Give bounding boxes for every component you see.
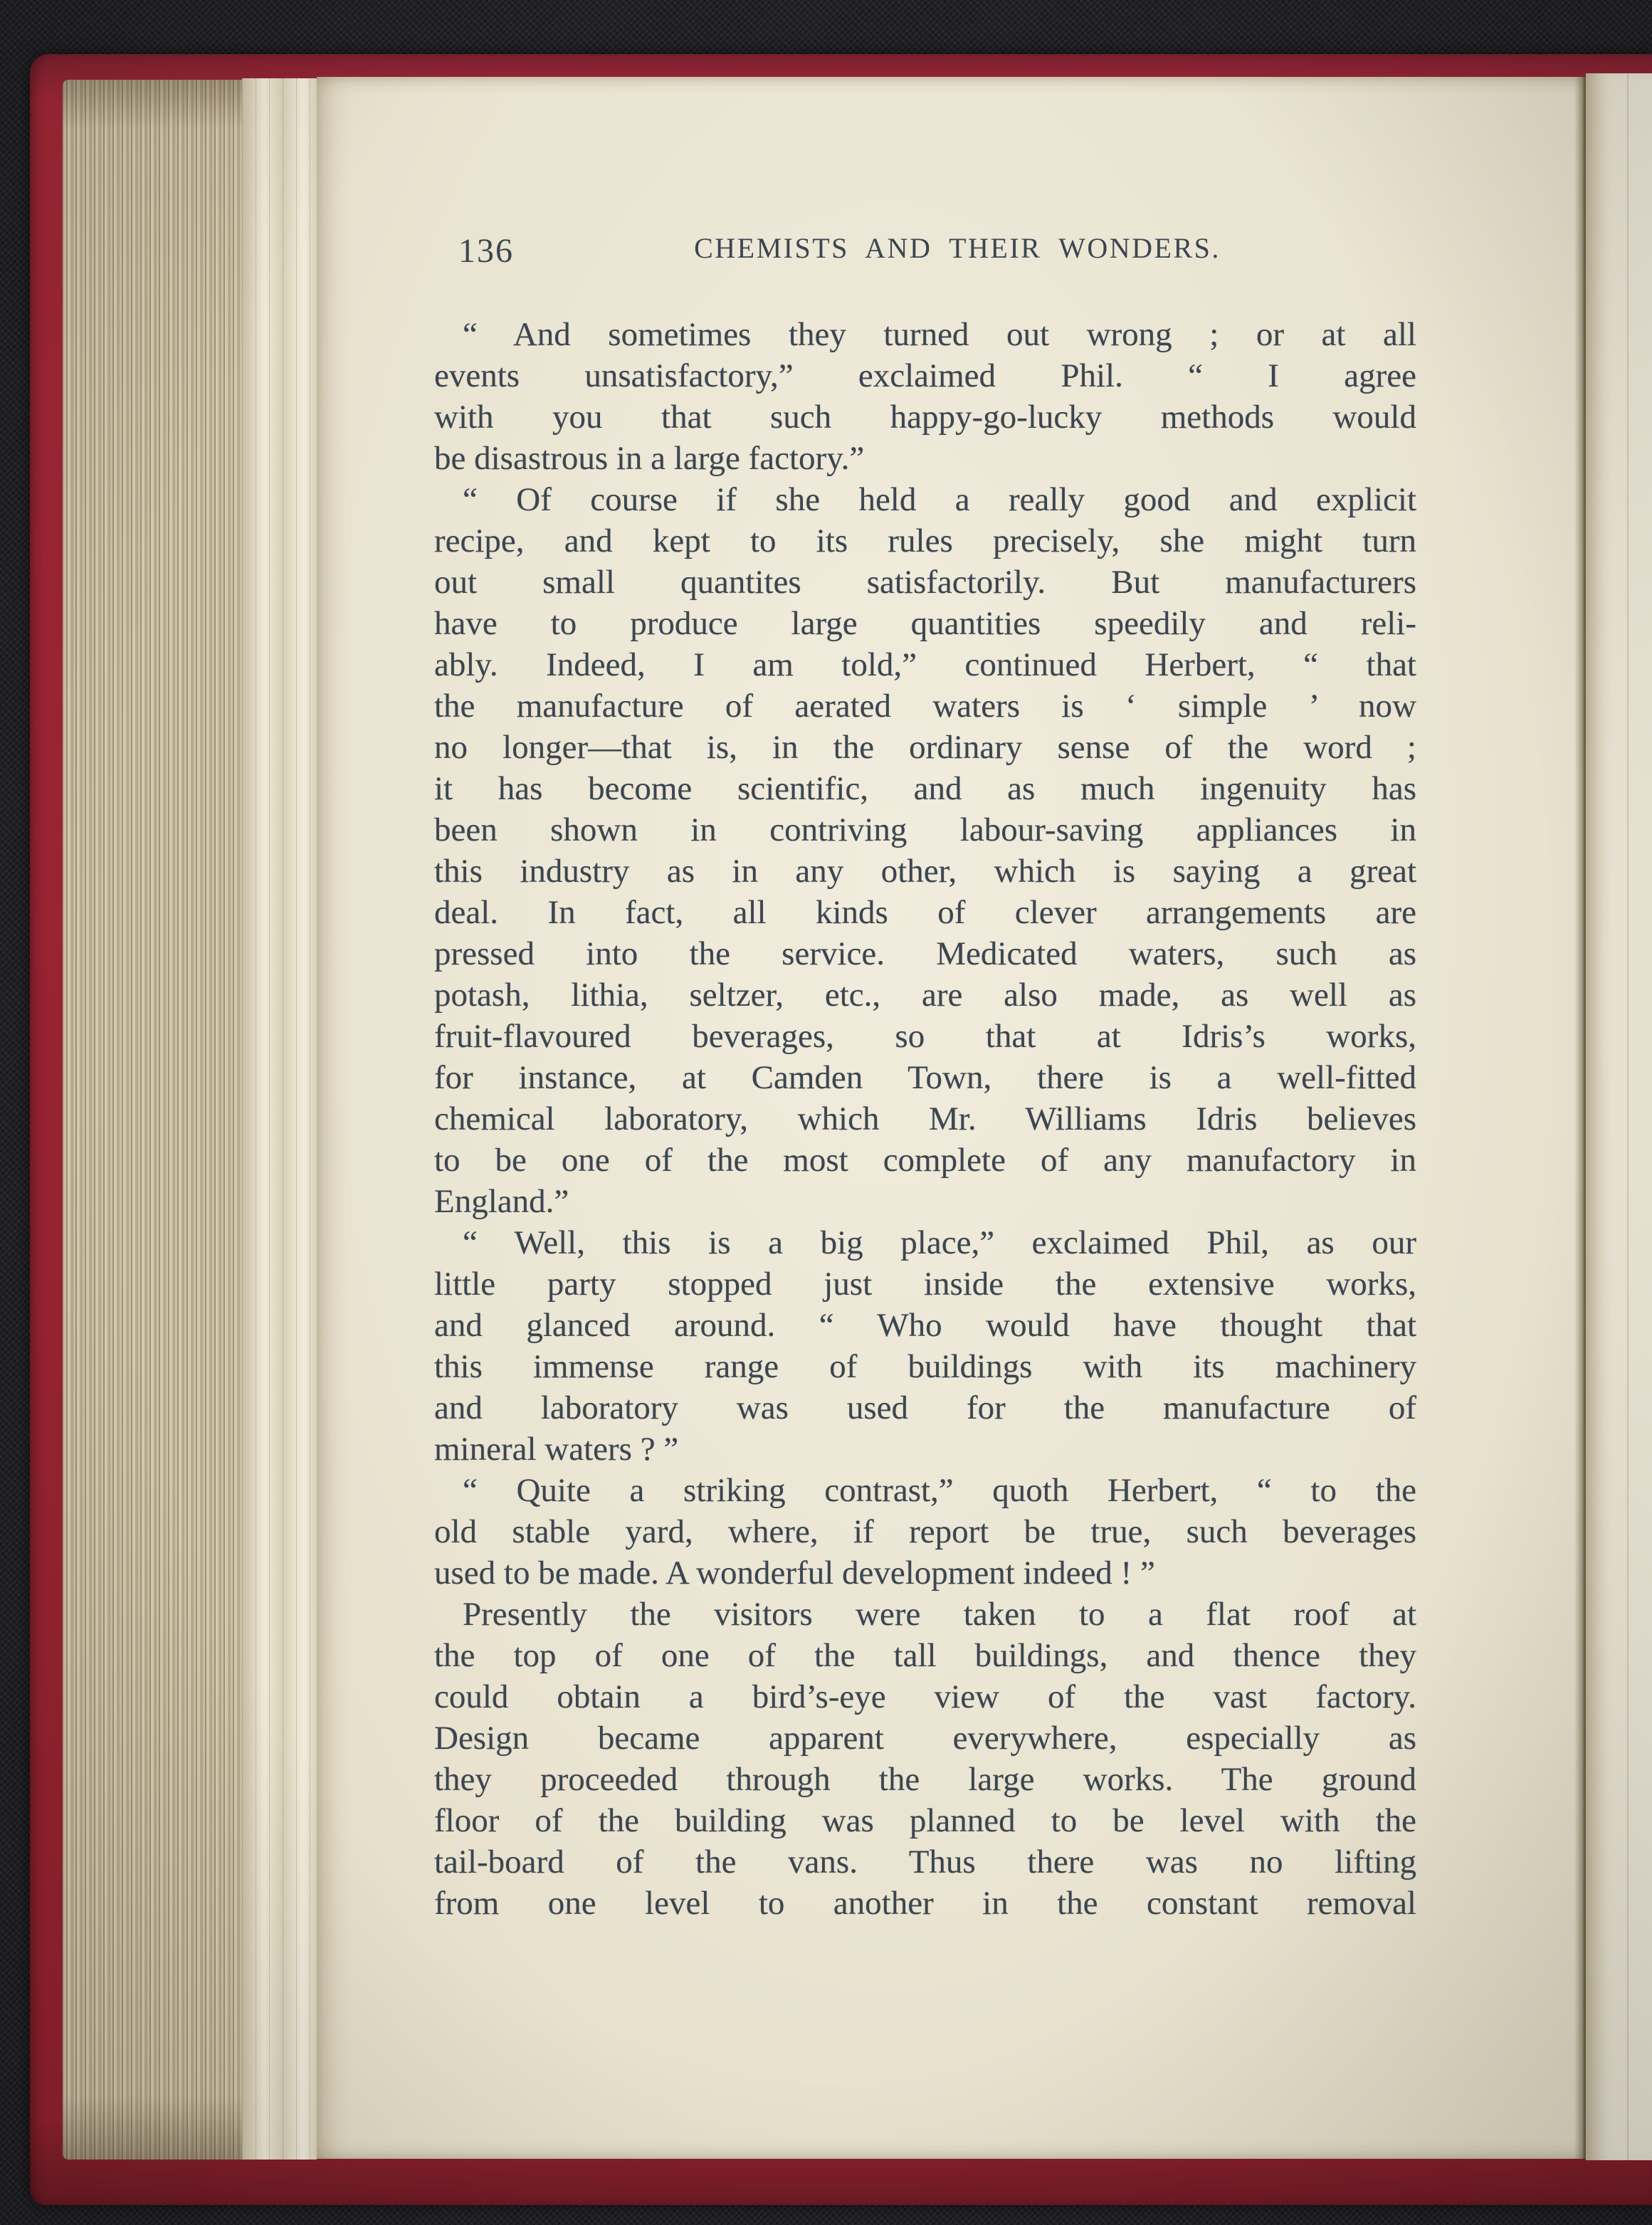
text-line: be disastrous in a large factory.” [434,438,1416,479]
text-line: “ And sometimes they turned out wrong ; … [434,314,1416,355]
text-line: fruit-flavoured beverages, so that at Id… [434,1016,1416,1057]
page-text-column: 136 CHEMISTS AND THEIR WONDERS. “ And so… [434,231,1416,1924]
text-line: have to produce large quantities speedil… [434,603,1416,644]
paragraph: “ Well, this is a big place,” exclaimed … [434,1222,1416,1470]
text-line: pressed into the service. Medicated wate… [434,933,1416,974]
text-line: chemical laboratory, which Mr. Williams … [434,1098,1416,1140]
book-page: 136 CHEMISTS AND THEIR WONDERS. “ And so… [317,77,1586,2159]
text-line: this immense range of buildings with its… [434,1346,1416,1387]
text-line: out small quantites satisfactorily. But … [434,562,1416,603]
text-line: for instance, at Camden Town, there is a… [434,1057,1416,1098]
text-line: to be one of the most complete of any ma… [434,1140,1416,1181]
text-line: no longer—that is, in the ordinary sense… [434,727,1416,768]
text-line: “ Quite a striking contrast,” quoth Herb… [434,1470,1416,1511]
page-number: 136 [458,231,514,270]
text-line: little party stopped just inside the ext… [434,1263,1416,1305]
text-line: used to be made. A wonderful development… [434,1552,1416,1594]
text-line: the manufacture of aerated waters is ‘ s… [434,685,1416,727]
text-line: Presently the visitors were taken to a f… [434,1594,1416,1635]
paragraph: “ Of course if she held a really good an… [434,479,1416,1222]
text-line: tail-board of the vans. Thus there was n… [434,1841,1416,1883]
text-line: from one level to another in the constan… [434,1883,1416,1924]
text-line: “ Of course if she held a really good an… [434,479,1416,520]
text-line: they proceeded through the large works. … [434,1759,1416,1800]
text-line: and glanced around. “ Who would have tho… [434,1305,1416,1346]
text-line: potash, lithia, seltzer, etc., are also … [434,974,1416,1016]
page-body: “ And sometimes they turned out wrong ; … [434,314,1416,1924]
text-line: ably. Indeed, I am told,” continued Herb… [434,644,1416,685]
text-line: events unsatisfactory,” exclaimed Phil. … [434,355,1416,396]
text-line: floor of the building was planned to be … [434,1800,1416,1841]
text-line: the top of one of the tall buildings, an… [434,1635,1416,1676]
text-line: recipe, and kept to its rules precisely,… [434,520,1416,562]
fore-edge-page-stack [63,80,242,2160]
paragraph: “ And sometimes they turned out wrong ; … [434,314,1416,479]
text-line: and laboratory was used for the manufact… [434,1387,1416,1429]
sheet-edges [242,78,317,2160]
text-line: been shown in contriving labour-saving a… [434,809,1416,851]
text-line: England.” [434,1181,1416,1222]
paragraph: “ Quite a striking contrast,” quoth Herb… [434,1470,1416,1594]
page-header: 136 CHEMISTS AND THEIR WONDERS. [434,231,1416,268]
facing-page-fold-line [1627,73,1629,2160]
text-line: it has become scientific, and as much in… [434,768,1416,809]
text-line: old stable yard, where, if report be tru… [434,1511,1416,1552]
text-line: “ Well, this is a big place,” exclaimed … [434,1222,1416,1263]
running-title: CHEMISTS AND THEIR WONDERS. [434,231,1416,265]
text-line: could obtain a bird’s-eye view of the va… [434,1676,1416,1718]
text-line: mineral waters ? ” [434,1429,1416,1470]
text-line: this industry as in any other, which is … [434,851,1416,892]
text-line: with you that such happy-go-lucky method… [434,396,1416,438]
paragraph: Presently the visitors were taken to a f… [434,1594,1416,1924]
facing-page-edge [1586,73,1652,2160]
text-line: deal. In fact, all kinds of clever arran… [434,892,1416,933]
text-line: Design became apparent everywhere, espec… [434,1718,1416,1759]
